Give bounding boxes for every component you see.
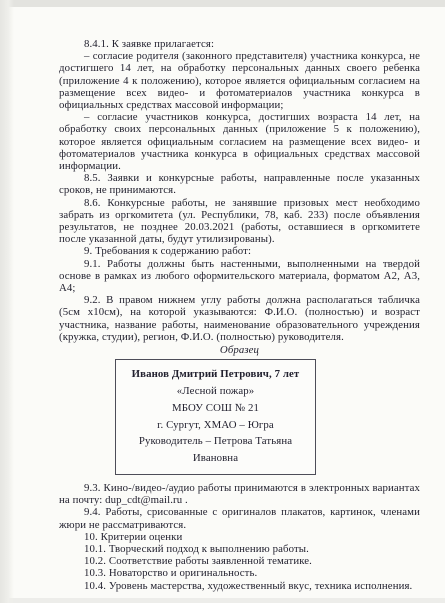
- sample-card-region: г. Сургут, ХМАО – Югра: [119, 417, 312, 434]
- sample-card-school: МБОУ СОШ № 21: [119, 400, 312, 417]
- scan-edge-left: [0, 0, 14, 603]
- sample-card-supervisor: Руководитель – Петрова Татьяна Ивановна: [119, 433, 312, 467]
- scan-edge-top: [0, 0, 445, 7]
- paragraph-10-1: 10.1. Творческий подход к выполнению раб…: [59, 543, 420, 555]
- paragraph-10-2: 10.2. Соответствие работы заявленной тем…: [59, 555, 420, 567]
- sample-card-work-title: «Лесной пожар»: [119, 383, 312, 400]
- paragraph-9-3: 9.3. Кино-/видео-/аудио работы принимают…: [59, 482, 420, 506]
- paragraph-10-4: 10.4. Уровень мастерства, художественный…: [59, 580, 420, 592]
- document-body: 8.4.1. К заявке прилагается: – согласие …: [59, 38, 420, 592]
- paragraph-consent-under-14: – согласие родителя (законного представи…: [59, 50, 420, 111]
- paragraph-9-2: 9.2. В правом нижнем углу работы должна …: [59, 294, 420, 343]
- paragraph-8-5: 8.5. Заявки и конкурсные работы, направл…: [59, 172, 420, 196]
- paragraph-10-3: 10.3. Новаторство и оригинальность.: [59, 567, 420, 579]
- sample-label: Образец: [59, 344, 420, 356]
- heading-10-criteria: 10. Критерии оценки: [59, 531, 420, 543]
- paragraph-8-6: 8.6. Конкурсные работы, не занявшие приз…: [59, 197, 420, 246]
- paragraph-8-4-1: 8.4.1. К заявке прилагается:: [59, 38, 420, 50]
- heading-9-requirements: 9. Требования к содержанию работ:: [59, 245, 420, 257]
- scan-edge-bottom: [0, 598, 445, 603]
- paragraph-consent-over-14: – согласие участников конкурса, достигши…: [59, 111, 420, 172]
- sample-card: Иванов Дмитрий Петрович, 7 лет «Лесной п…: [115, 359, 316, 475]
- sample-card-participant-name: Иванов Дмитрий Петрович, 7 лет: [119, 366, 312, 383]
- paragraph-9-4: 9.4. Работы, срисованные с оригиналов пл…: [59, 506, 420, 530]
- paragraph-9-1: 9.1. Работы должны быть настенными, выпо…: [59, 258, 420, 295]
- scanned-document-page: 8.4.1. К заявке прилагается: – согласие …: [0, 0, 445, 603]
